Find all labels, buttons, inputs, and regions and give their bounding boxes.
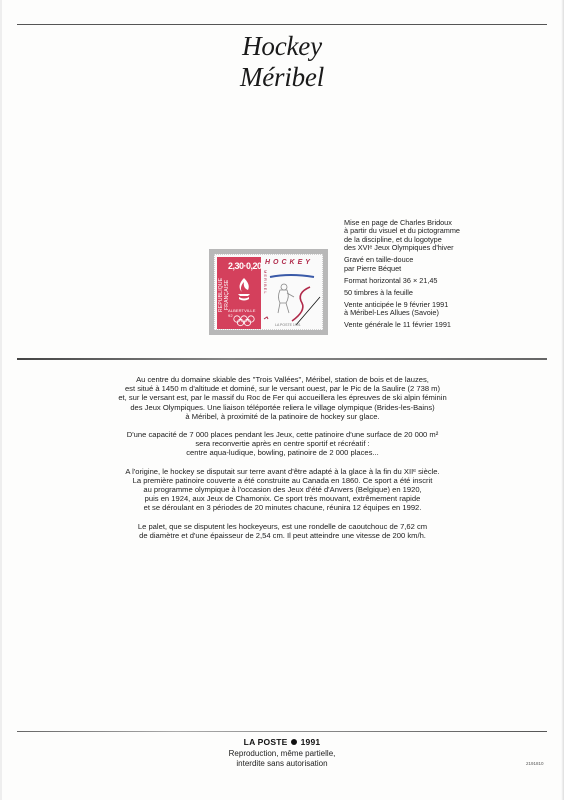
body-text: Au centre du domaine skiable des ''Trois… xyxy=(70,375,495,549)
middle-rule xyxy=(17,358,547,360)
bullet-icon xyxy=(291,739,297,745)
paragraph-history: A l'origine, le hockey se disputait sur … xyxy=(70,467,495,513)
credit-engraving: Gravé en taille-douce par Pierre Béquet xyxy=(344,256,544,273)
stamp-image: REPUBLIQUE FRANÇAISE 2,30·0,20 ALBERTVIL… xyxy=(209,249,328,335)
olympic-rings-icon xyxy=(232,315,256,327)
copyright-note: Reproduction, même partielle, interdite … xyxy=(0,749,564,768)
stamp-discipline: HOCKEY xyxy=(265,259,313,266)
bottom-rule xyxy=(17,731,547,732)
brand-year: 1991 xyxy=(301,737,321,747)
page-edge-left xyxy=(0,0,2,800)
paragraph-puck: Le palet, que se disputent les hockeyeur… xyxy=(70,522,495,540)
credit-sheet: 50 timbres à la feuille xyxy=(344,289,544,297)
paragraph-rink: D'une capacité de 7 000 places pendant l… xyxy=(70,430,495,458)
stamp-face: REPUBLIQUE FRANÇAISE 2,30·0,20 ALBERTVIL… xyxy=(214,254,323,330)
stamp-value: 2,30·0,20 xyxy=(228,261,262,271)
footer-brand: LA POSTE 1991 xyxy=(0,737,564,747)
credit-general-sale: Vente générale le 11 février 1991 xyxy=(344,321,544,329)
stamp-credits: Mise en page de Charles Bridoux à partir… xyxy=(344,219,544,333)
credit-design: Mise en page de Charles Bridoux à partir… xyxy=(344,219,544,253)
stamp-country: REPUBLIQUE FRANÇAISE xyxy=(218,263,227,327)
page-title-line2: Méribel xyxy=(0,64,564,91)
stamp-red-panel: REPUBLIQUE FRANÇAISE 2,30·0,20 ALBERTVIL… xyxy=(217,257,261,329)
page-title-line1: Hockey xyxy=(0,33,564,60)
credit-format: Format horizontal 36 × 21,45 xyxy=(344,277,544,285)
top-rule xyxy=(17,24,547,25)
paragraph-meribel: Au centre du domaine skiable des ''Trois… xyxy=(70,375,495,421)
reference-number: 2191810 xyxy=(526,761,544,766)
stamp-imprint: LA POSTE 1991 xyxy=(275,323,301,327)
hockey-player-icon xyxy=(262,267,322,327)
credit-presale: Vente anticipée le 9 février 1991 à Méri… xyxy=(344,301,544,318)
olympic-flame-icon xyxy=(235,277,253,303)
brand-name: LA POSTE xyxy=(244,737,288,747)
